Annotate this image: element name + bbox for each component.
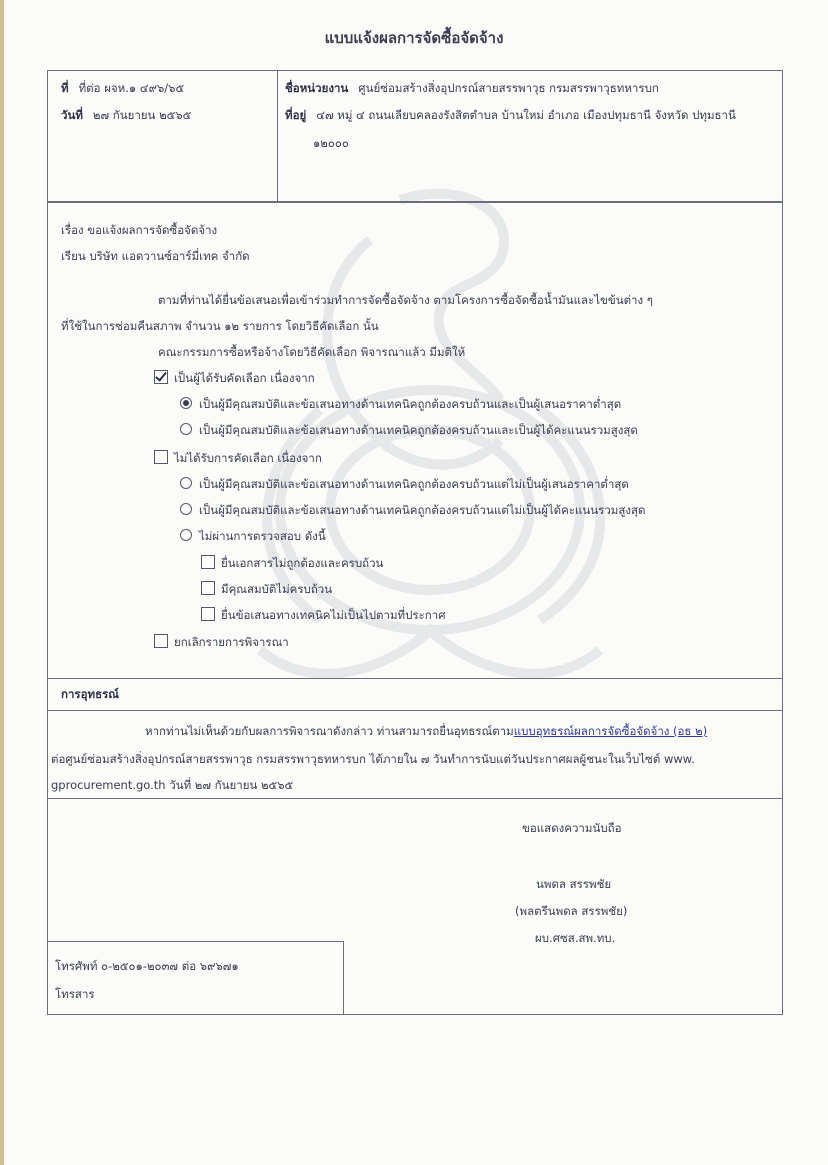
- radio-empty-icon[interactable]: [180, 423, 192, 435]
- contact-fax: โทรสาร: [55, 986, 95, 1002]
- checkbox-empty-icon[interactable]: [154, 450, 168, 464]
- radio-empty-icon[interactable]: [180, 477, 192, 489]
- committee-resolution: คณะกรรมการซื้อหรือจ้างโดยวิธีคัดเลือก พิ…: [158, 344, 465, 360]
- radio-empty-icon[interactable]: [180, 503, 192, 515]
- recipient: เรียน บริษัท แอดวานซ์อาร์มี่เทค จำกัด: [61, 248, 250, 264]
- agency-name: ชื่อหน่วยงานศูนย์ซ่อมสร้างสิ่งอุปกรณ์สาย…: [285, 80, 659, 96]
- appeal-heading-rule: [47, 710, 782, 711]
- signature-full-name: (พลตรีนพดล สรรพชัย): [515, 903, 627, 919]
- document-date: วันที่๒๗ กันยายน ๒๕๖๕: [61, 107, 191, 123]
- radio-empty-icon[interactable]: [180, 529, 192, 541]
- failed-check-label: ยื่นเอกสารไม่ถูกต้องและครบถ้วน: [221, 556, 383, 570]
- postcode: ๑๒๐๐๐: [313, 135, 349, 151]
- signature-position: ผบ.ศซส.สพ.ทบ.: [535, 930, 615, 946]
- address-label: ที่อยู่: [285, 108, 306, 122]
- subject: เรื่อง ขอแจ้งผลการจัดซื้อจัดจ้าง: [61, 222, 217, 238]
- not-selected-reason-failed-check[interactable]: ไม่ผ่านการตรวจสอบ ดังนี้: [180, 528, 326, 544]
- document-title: แบบแจ้งผลการจัดซื้อจัดจ้าง: [0, 26, 828, 50]
- contact-box: [47, 941, 344, 1015]
- selected-reason-lowest-price[interactable]: เป็นผู้มีคุณสมบัติและข้อเสนอทางด้านเทคนิ…: [180, 396, 621, 412]
- agency-value: ศูนย์ซ่อมสร้างสิ่งอุปกรณ์สายสรรพาวุธ กรม…: [358, 81, 659, 95]
- appeal-form-link[interactable]: แบบอุทธรณ์ผลการจัดซื้อจัดจ้าง (อธ ๒): [514, 724, 707, 738]
- failed-check-label: มีคุณสมบัติไม่ครบถ้วน: [221, 582, 332, 596]
- failed-check-technical[interactable]: ยื่นข้อเสนอทางเทคนิคไม่เป็นไปตามที่ประกา…: [201, 607, 446, 623]
- appeal-line-1: หากท่านไม่เห็นด้วยกับผลการพิจารณาดังกล่า…: [145, 723, 707, 739]
- option-not-selected-label: ไม่ได้รับการคัดเลือก เนื่องจาก: [174, 451, 322, 465]
- checkbox-empty-icon[interactable]: [201, 607, 215, 621]
- option-selected-label: เป็นผู้ได้รับคัดเลือก เนื่องจาก: [174, 371, 315, 385]
- not-selected-reason-price[interactable]: เป็นผู้มีคุณสมบัติและข้อเสนอทางด้านเทคนิ…: [180, 476, 629, 492]
- appeal-heading: การอุทธรณ์: [61, 686, 119, 702]
- appeal-line-2: ต่อศูนย์ซ่อมสร้างสิ่งอุปกรณ์สายสรรพาวุธ …: [51, 751, 695, 767]
- not-selected-reason-label: เป็นผู้มีคุณสมบัติและข้อเสนอทางด้านเทคนิ…: [199, 477, 629, 491]
- failed-check-qualifications[interactable]: มีคุณสมบัติไม่ครบถ้วน: [201, 581, 332, 597]
- radio-selected-icon[interactable]: [180, 397, 192, 409]
- not-selected-reason-score[interactable]: เป็นผู้มีคุณสมบัติและข้อเสนอทางด้านเทคนิ…: [180, 502, 646, 518]
- checkbox-checked-icon[interactable]: [154, 370, 168, 384]
- selected-reason-highest-score[interactable]: เป็นผู้มีคุณสมบัติและข้อเสนอทางด้านเทคนิ…: [180, 422, 638, 438]
- checkbox-empty-icon[interactable]: [201, 555, 215, 569]
- reference-label: ที่: [61, 81, 69, 95]
- failed-check-documents[interactable]: ยื่นเอกสารไม่ถูกต้องและครบถ้วน: [201, 555, 383, 571]
- body-paragraph-line-1: ตามที่ท่านได้ยื่นข้อเสนอเพื่อเข้าร่วมทำก…: [158, 292, 653, 308]
- appeal-bottom-rule: [47, 798, 782, 799]
- header-divider: [277, 70, 278, 201]
- signature-name: นพดล สรรพชัย: [536, 876, 611, 892]
- option-cancel-label: ยกเลิกรายการพิจารณา: [174, 635, 289, 649]
- paper-edge: [0, 0, 4, 1165]
- agency-label: ชื่อหน่วยงาน: [285, 81, 348, 95]
- appeal-line-3: gprocurement.go.th วันที่ ๒๗ กันยายน ๒๕๖…: [51, 777, 293, 793]
- signature-closing: ขอแสดงความนับถือ: [522, 820, 622, 836]
- reference-value: ที่ต่อ ผจห.๑ ๔๙๖/๖๕: [79, 81, 185, 95]
- appeal-text: หากท่านไม่เห็นด้วยกับผลการพิจารณาดังกล่า…: [145, 724, 514, 738]
- appeal-top-rule: [47, 678, 782, 679]
- not-selected-reason-label: ไม่ผ่านการตรวจสอบ ดังนี้: [199, 529, 326, 543]
- address-value: ๔๗ หมู่ ๔ ถนนเลียบคลองรังสิตตำบล บ้านใหม…: [316, 108, 736, 122]
- body-paragraph-line-2: ที่ใช้ในการซ่อมคืนสภาพ จำนวน ๑๒ รายการ โ…: [61, 318, 379, 334]
- option-cancel[interactable]: ยกเลิกรายการพิจารณา: [154, 634, 289, 650]
- not-selected-reason-label: เป็นผู้มีคุณสมบัติและข้อเสนอทางด้านเทคนิ…: [199, 503, 646, 517]
- selected-reason-label: เป็นผู้มีคุณสมบัติและข้อเสนอทางด้านเทคนิ…: [199, 423, 638, 437]
- agency-address: ที่อยู่๔๗ หมู่ ๔ ถนนเลียบคลองรังสิตตำบล …: [285, 107, 736, 123]
- contact-phone: โทรศัพท์ ๐-๒๕๐๑-๒๐๓๗ ต่อ ๖๙๖๗๑: [55, 958, 239, 974]
- option-selected[interactable]: เป็นผู้ได้รับคัดเลือก เนื่องจาก: [154, 370, 315, 386]
- failed-check-label: ยื่นข้อเสนอทางเทคนิคไม่เป็นไปตามที่ประกา…: [221, 608, 446, 622]
- checkbox-empty-icon[interactable]: [154, 634, 168, 648]
- checkbox-empty-icon[interactable]: [201, 581, 215, 595]
- date-label: วันที่: [61, 108, 83, 122]
- option-not-selected[interactable]: ไม่ได้รับการคัดเลือก เนื่องจาก: [154, 450, 322, 466]
- reference-number: ที่ที่ต่อ ผจห.๑ ๔๙๖/๖๕: [61, 80, 184, 96]
- selected-reason-label: เป็นผู้มีคุณสมบัติและข้อเสนอทางด้านเทคนิ…: [199, 397, 621, 411]
- date-value: ๒๗ กันยายน ๒๕๖๕: [93, 108, 191, 122]
